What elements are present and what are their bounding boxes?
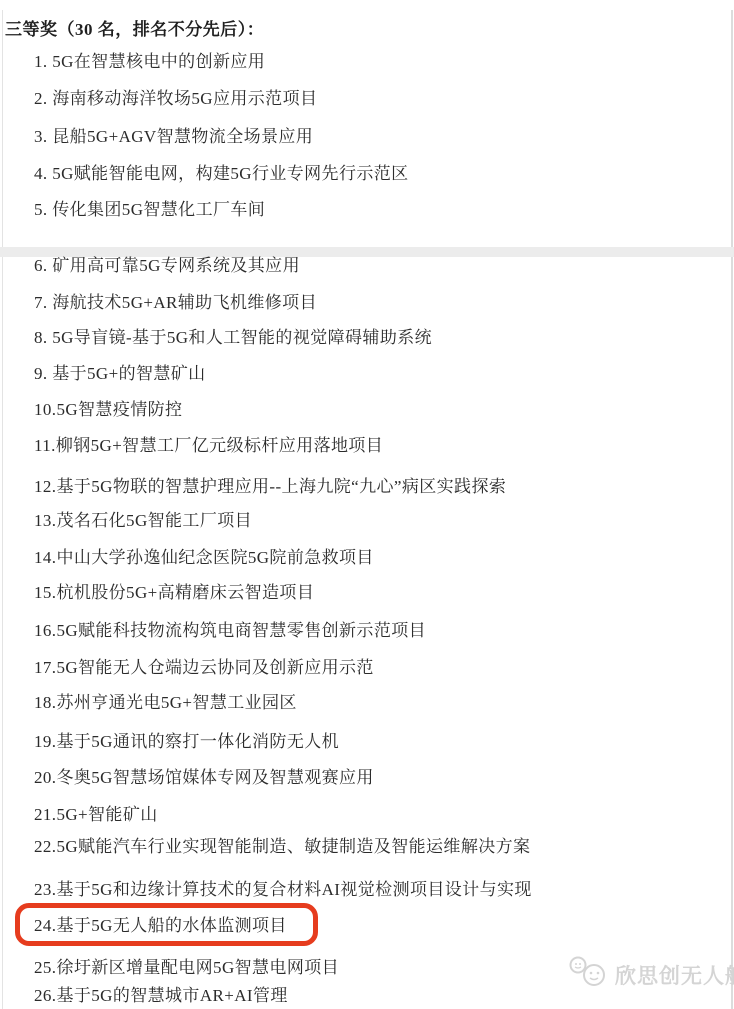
list-item: 14.中山大学孙逸仙纪念医院5G院前急救项目 — [34, 549, 374, 566]
watermark: 欣思创无人船 — [567, 954, 734, 995]
list-item: 19.基于5G通讯的察打一体化消防无人机 — [34, 733, 339, 750]
list-item: 15.杭机股份5G+高精磨床云智造项目 — [34, 584, 314, 601]
list-item: 22.5G赋能汽车行业实现智能制造、敏捷制造及智能运维解决方案 — [34, 838, 530, 855]
list-item: 5. 传化集团5G智慧化工厂车间 — [34, 201, 265, 218]
list-item: 16.5G赋能科技物流构筑电商智慧零售创新示范项目 — [34, 622, 426, 639]
list-item: 6. 矿用高可靠5G专网系统及其应用 — [34, 257, 300, 274]
list-item: 4. 5G赋能智能电网，构建5G行业专网先行示范区 — [34, 165, 409, 182]
list-item: 20.冬奥5G智慧场馆媒体专网及智慧观赛应用 — [34, 769, 374, 786]
third-prize-heading: 三等奖（30 名，排名不分先后）： — [5, 15, 264, 40]
list-item: 11.柳钢5G+智慧工厂亿元级标杆应用落地项目 — [34, 437, 383, 454]
right-page-edge — [731, 10, 733, 1009]
list-item: 17.5G智能无人仓端边云协同及创新应用示范 — [34, 659, 374, 676]
list-item: 26.基于5G的智慧城市AR+AI管理 — [34, 987, 288, 1004]
list-item: 9. 基于5G+的智慧矿山 — [34, 365, 206, 382]
document-page: 三等奖（30 名，排名不分先后）： 1. 5G在智慧核电中的创新应用 2. 海南… — [0, 0, 734, 1009]
list-item: 21.5G+智能矿山 — [34, 806, 158, 823]
list-item: 13.茂名石化5G智能工厂项目 — [34, 512, 252, 529]
left-page-edge — [2, 10, 3, 1009]
list-item: 18.苏州亨通光电5G+智慧工业园区 — [34, 694, 297, 711]
list-item: 8. 5G导盲镜-基于5G和人工智能的视觉障碍辅助系统 — [34, 329, 432, 346]
list-item: 23.基于5G和边缘计算技术的复合材料AI视觉检测项目设计与实现 — [34, 881, 532, 898]
list-item: 10.5G智慧疫情防控 — [34, 401, 182, 418]
list-item: 1. 5G在智慧核电中的创新应用 — [34, 53, 265, 70]
list-item: 12.基于5G物联的智慧护理应用--上海九院“九心”病区实践探索 — [34, 478, 506, 495]
list-item: 2. 海南移动海洋牧场5G应用示范项目 — [34, 90, 317, 107]
watermark-text: 欣思创无人船 — [615, 960, 734, 990]
list-item: 7. 海航技术5G+AR辅助飞机维修项目 — [34, 294, 317, 311]
list-item: 3. 昆船5G+AGV智慧物流全场景应用 — [34, 128, 313, 145]
list-item-highlighted: 24.基于5G无人船的水体监测项目 — [34, 917, 287, 934]
chat-bubbles-logo-icon — [567, 954, 609, 995]
list-item: 25.徐圩新区增量配电网5G智慧电网项目 — [34, 959, 339, 976]
